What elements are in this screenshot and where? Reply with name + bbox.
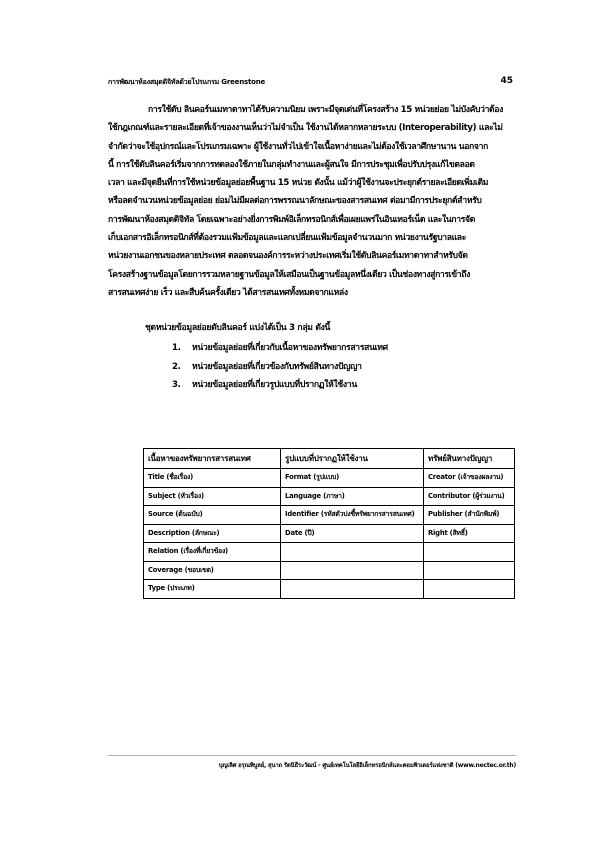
table-cell xyxy=(424,561,515,580)
table-cell xyxy=(424,543,515,562)
table-cell: Coverage (ขอบเขต) xyxy=(144,561,281,580)
body-line: หน่วยงานเอกชนของหลายประเทศ ตลอดจนองค์การ… xyxy=(108,247,516,265)
table-cell: Language (ภาษา) xyxy=(281,487,424,506)
body-line: เก็บเอกสารอิเล็กทรอนิกส์ที่ต้องรวมแฟ้มข้… xyxy=(108,229,516,247)
table-cell xyxy=(281,543,424,562)
table-cell: Source (ต้นฉบับ) xyxy=(144,506,281,525)
list-text: หน่วยข้อมูลย่อยที่เกี่ยวรูปแบบที่ปรากฏให… xyxy=(192,380,357,390)
list-text: หน่วยข้อมูลย่อยที่เกี่ยวข้องกับทรัพย์สิน… xyxy=(192,362,362,372)
page-number: 45 xyxy=(500,76,513,86)
list-number: 2. xyxy=(172,358,192,377)
list-item: 2.หน่วยข้อมูลย่อยที่เกี่ยวข้องกับทรัพย์ส… xyxy=(172,358,388,377)
list-number: 1. xyxy=(172,339,192,358)
table-cell: Title (ชื่อเรื่อง) xyxy=(144,469,281,488)
column-header: เนื้อหาของทรัพยากรสารสนเทศ xyxy=(144,449,281,469)
list-text: หน่วยข้อมูลย่อยที่เกี่ยวกับเนื้อหาของทรั… xyxy=(192,343,388,353)
list-item: 3.หน่วยข้อมูลย่อยที่เกี่ยวรูปแบบที่ปรากฏ… xyxy=(172,376,388,395)
body-line: นี้ การใช้ดับลินคอร์เริ่มจากการทดลองใช้ภ… xyxy=(108,156,516,174)
table-cell: Description (ลักษณะ) xyxy=(144,524,281,543)
table-row: Description (ลักษณะ) Date (ปี) Right (สิ… xyxy=(144,524,515,543)
footer-divider xyxy=(108,755,516,756)
table-cell: Right (สิทธิ์) xyxy=(424,524,515,543)
body-line: สารสนเทศง่าย เร็ว และสืบค้นครั้งเดียว ได… xyxy=(108,284,516,302)
list-number: 3. xyxy=(172,376,192,395)
column-header: ทรัพย์สินทางปัญญา xyxy=(424,449,515,469)
table-cell: Identifier (รหัสตัวบ่งชี้ทรัพยากรสารสนเท… xyxy=(281,506,424,525)
page-header: การพัฒนาห้องสมุดดิจิทัลด้วยโปรแกรม Green… xyxy=(108,77,513,91)
body-line: การใช้ดับ ลินคอร์นเมทาดาทาได้รับความนิยม… xyxy=(108,101,516,119)
table-cell: Publisher (สำนักพิมพ์) xyxy=(424,506,515,525)
table-cell: Format (รูปแบบ) xyxy=(281,469,424,488)
body-line: หรือลดจำนวนหน่วยข้อมูลย่อย ย่อมไม่มีผลต่… xyxy=(108,192,516,210)
table-row: Title (ชื่อเรื่อง) Format (รูปแบบ) Creat… xyxy=(144,469,515,488)
table-cell: Date (ปี) xyxy=(281,524,424,543)
table-row: Relation (เรื่องที่เกี่ยวข้อง) xyxy=(144,543,515,562)
list-intro: ชุดหน่วยข้อมูลย่อยดับลินคอร์ แบ่งได้เป็น… xyxy=(145,320,330,334)
table-cell: Subject (หัวเรื่อง) xyxy=(144,487,281,506)
body-line: การพัฒนาห้องสมุดดิจิทัล โดยเฉพาะอย่างยิ่… xyxy=(108,211,516,229)
table-cell xyxy=(424,580,515,599)
dublin-core-table: เนื้อหาของทรัพยากรสารสนเทศ รูปแบบที่ปราก… xyxy=(143,448,515,599)
table-cell: Relation (เรื่องที่เกี่ยวข้อง) xyxy=(144,543,281,562)
table-row: Source (ต้นฉบับ) Identifier (รหัสตัวบ่งช… xyxy=(144,506,515,525)
table-cell: Contributor (ผู้ร่วมงาน) xyxy=(424,487,515,506)
table-header-row: เนื้อหาของทรัพยากรสารสนเทศ รูปแบบที่ปราก… xyxy=(144,449,515,469)
body-line: ใช้กฎเกณฑ์และรายละเอียดที่เจ้าของงานเห็น… xyxy=(108,119,516,137)
body-line: โครงสร้างฐานข้อมูลโดยการรวมหลายฐานข้อมูล… xyxy=(108,266,516,284)
table-cell xyxy=(281,561,424,580)
list-item: 1.หน่วยข้อมูลย่อยที่เกี่ยวกับเนื้อหาของท… xyxy=(172,339,388,358)
column-header: รูปแบบที่ปรากฏให้ใช้งาน xyxy=(281,449,424,469)
table-cell: Type (ประเภท) xyxy=(144,580,281,599)
table-row: Coverage (ขอบเขต) xyxy=(144,561,515,580)
table-row: Subject (หัวเรื่อง) Language (ภาษา) Cont… xyxy=(144,487,515,506)
footer-credit: บุญเลิศ อรุณพิบูลย์, สุนาถ รัตนิธีระวัฒน… xyxy=(219,760,516,770)
running-title: การพัฒนาห้องสมุดดิจิทัลด้วยโปรแกรม Green… xyxy=(108,77,265,88)
body-line: เวลา และมีจุดยืนที่การใช้หน่วยข้อมูลย่อย… xyxy=(108,174,516,192)
body-paragraph: การใช้ดับ ลินคอร์นเมทาดาทาได้รับความนิยม… xyxy=(108,101,516,302)
table-cell: Creator (เจ้าของผลงาน) xyxy=(424,469,515,488)
body-line: จำกัดว่าจะใช้อุปกรณ์และโปรแกรมเฉพาะ ผู้ใ… xyxy=(108,138,516,156)
group-list: 1.หน่วยข้อมูลย่อยที่เกี่ยวกับเนื้อหาของท… xyxy=(172,339,388,395)
table-row: Type (ประเภท) xyxy=(144,580,515,599)
table-cell xyxy=(281,580,424,599)
